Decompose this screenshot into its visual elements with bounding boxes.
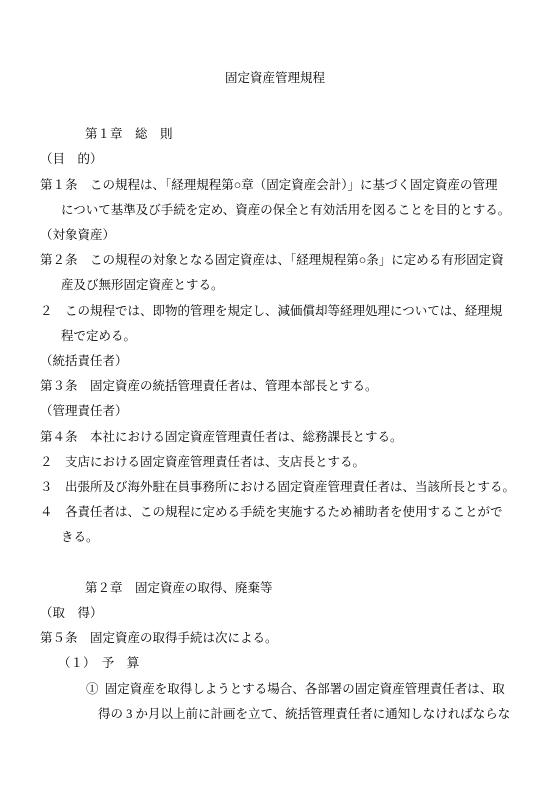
document-line: 程で定める。 [0,324,550,349]
document-line: 第２章 固定資産の取得、廃棄等 [0,576,550,601]
document-line: 第１条 この規程は、「経理規程第○章（固定資産会計）」に基づく固定資産の管理 [0,173,550,198]
document-line: （対象資産） [0,223,550,248]
document-line: 得の 3 か月以上前に計画を立て、統括管理責任者に通知しなければならな [0,702,550,727]
document-line: （１） 予 算 [0,651,550,676]
document-line: （目 的） [0,147,550,172]
blank-line [0,551,550,576]
document-title: 固定資産管理規程 [0,66,550,91]
document-page: 固定資産管理規程 第１章 総 則（目 的）第１条 この規程は、「経理規程第○章（… [0,0,550,812]
document-line: ① 固定資産を取得しようとする場合、各部署の固定資産管理責任者は、取 [0,677,550,702]
document-line: （取 得） [0,601,550,626]
document-line: （管理責任者） [0,399,550,424]
document-line: ４ 各責任者は、この規程に定める手続を実施するため補助者を使用することがで [0,500,550,525]
document-line: ３ 出張所及び海外駐在員事務所における固定資産管理責任者は、当該所長とする。 [0,475,550,500]
document-line: 産及び無形固定資産とする。 [0,273,550,298]
document-line: 第５条 固定資産の取得手続は次による。 [0,626,550,651]
document-line: ２ この規程では、即物的管理を規定し、減価償却等経理処理については、経理規 [0,299,550,324]
document-line: 第２条 この規程の対象となる固定資産は、「経理規程第○条」に定める有形固定資 [0,248,550,273]
document-line: 第３条 固定資産の統括管理責任者は、管理本部長とする。 [0,374,550,399]
document-lines: 第１章 総 則（目 的）第１条 この規程は、「経理規程第○章（固定資産会計）」に… [0,122,550,727]
document-line: きる。 [0,525,550,550]
document-line: （統括責任者） [0,349,550,374]
document-line: 第１章 総 則 [0,122,550,147]
document-line: 第４条 本社における固定資産管理責任者は、総務課長とする。 [0,425,550,450]
document-line: について基準及び手続を定め、資産の保全と有効活用を図ることを目的とする。 [0,198,550,223]
document-line: ２ 支店における固定資産管理責任者は、支店長とする。 [0,450,550,475]
